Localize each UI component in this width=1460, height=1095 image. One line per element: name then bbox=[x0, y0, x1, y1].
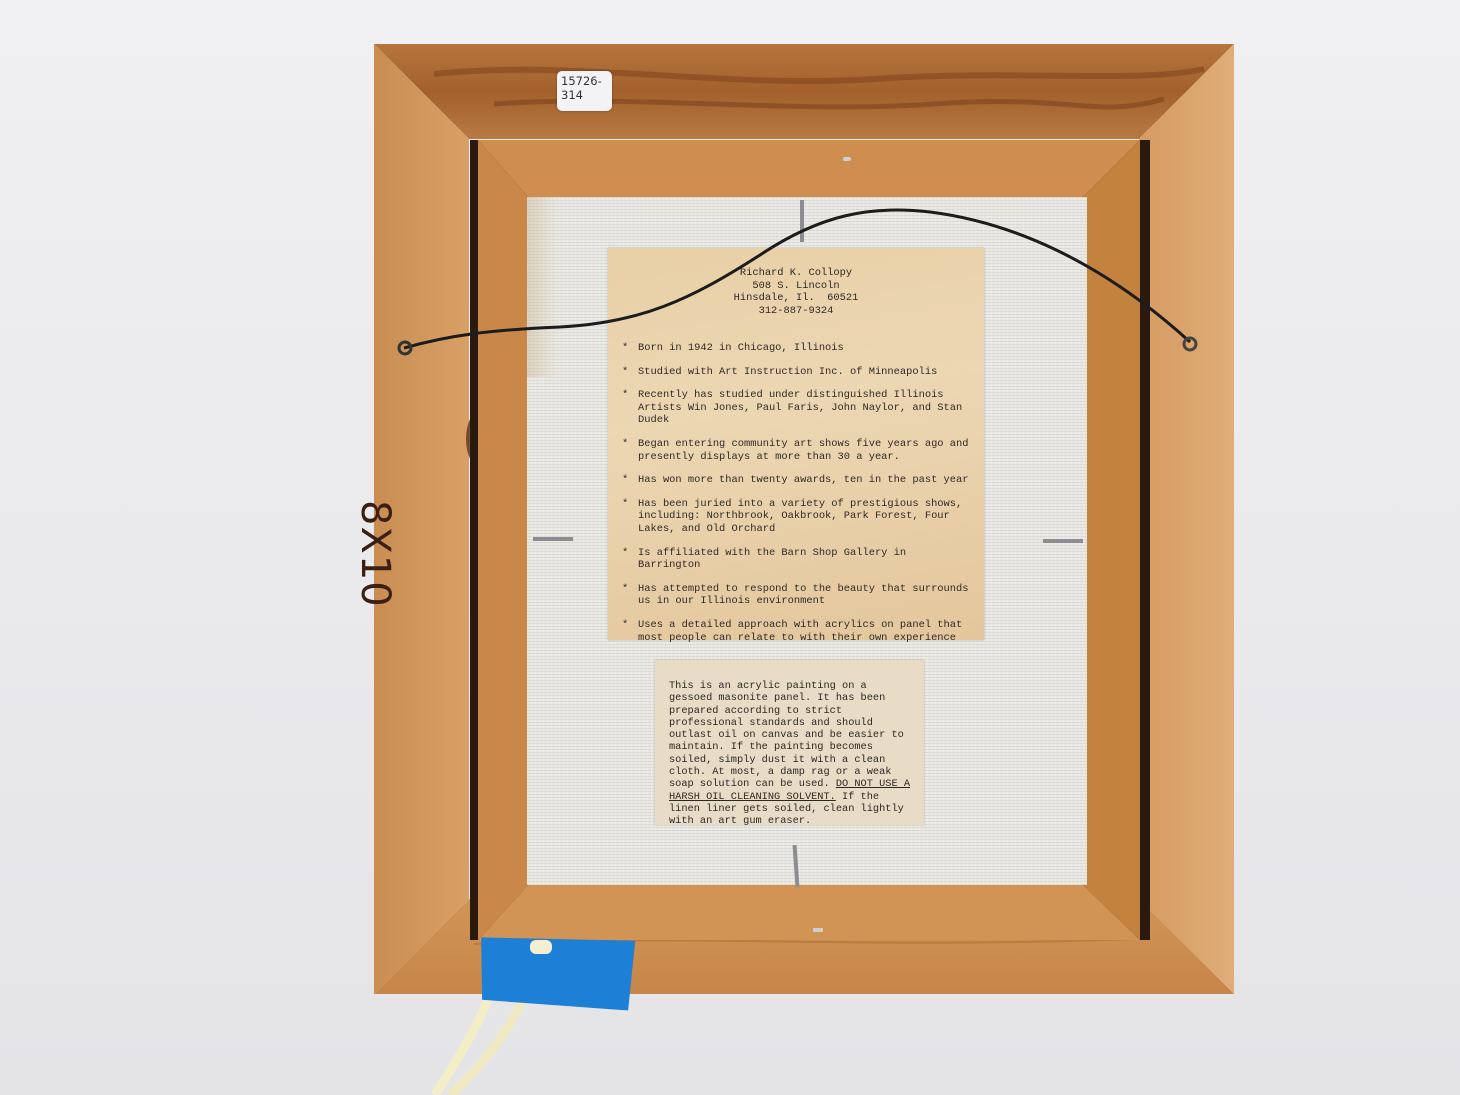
artist-street: 508 S. Lincoln bbox=[608, 280, 984, 293]
artist-address: Richard K. Collopy 508 S. Lincoln Hinsda… bbox=[608, 267, 984, 317]
asterisk-icon: * bbox=[622, 342, 638, 355]
inventory-tag: 15726- 314 bbox=[557, 71, 612, 111]
ribbon-fold bbox=[530, 940, 552, 954]
bio-bullet: *Is affiliated with the Barn Shop Galler… bbox=[622, 547, 974, 572]
asterisk-icon: * bbox=[622, 583, 638, 608]
bio-bullet: *Studied with Art Instruction Inc. of Mi… bbox=[622, 366, 974, 379]
asterisk-icon: * bbox=[622, 547, 638, 572]
blue-painters-tape bbox=[479, 935, 635, 1010]
asterisk-icon: * bbox=[622, 498, 638, 536]
asterisk-icon: * bbox=[622, 619, 638, 644]
nail bbox=[533, 537, 573, 541]
bio-bullet: *Has won more than twenty awards, ten in… bbox=[622, 474, 974, 487]
asterisk-icon: * bbox=[622, 366, 638, 379]
bio-bullets: *Born in 1942 in Chicago, Illinois *Stud… bbox=[622, 342, 974, 655]
artist-name: Richard K. Collopy bbox=[608, 267, 984, 280]
panel-stain bbox=[527, 197, 557, 377]
asterisk-icon: * bbox=[622, 438, 638, 463]
asterisk-icon: * bbox=[622, 474, 638, 487]
bio-bullet: *Uses a detailed approach with acrylics … bbox=[622, 619, 974, 644]
artist-bio-label: Richard K. Collopy 508 S. Lincoln Hinsda… bbox=[608, 248, 984, 640]
bio-bullet: *Has attempted to respond to the beauty … bbox=[622, 583, 974, 608]
artist-city: Hinsdale, Il. 60521 bbox=[608, 292, 984, 305]
bio-bullet: *Recently has studied under distinguishe… bbox=[622, 389, 974, 427]
artist-phone: 312-887-9324 bbox=[608, 305, 984, 318]
bio-bullet: *Born in 1942 in Chicago, Illinois bbox=[622, 342, 974, 355]
asterisk-icon: * bbox=[622, 389, 638, 427]
bio-bullet: *Began entering community art shows five… bbox=[622, 438, 974, 463]
bio-bullet: *Has been juried into a variety of prest… bbox=[622, 498, 974, 536]
size-marking: 8X10 bbox=[352, 500, 398, 608]
care-text: This is an acrylic painting on a gessoed… bbox=[669, 680, 916, 828]
care-instructions-label: This is an acrylic painting on a gessoed… bbox=[655, 660, 924, 825]
nail bbox=[1043, 539, 1083, 543]
nail bbox=[800, 200, 804, 242]
